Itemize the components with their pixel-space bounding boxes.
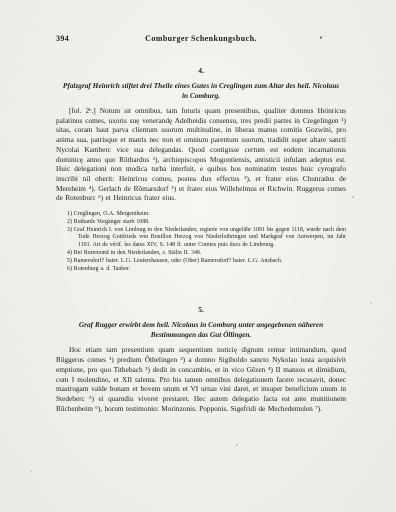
scan-speck — [30, 470, 32, 472]
scan-speck — [236, 444, 238, 446]
entry-5: 5. Graf Rugger erwirbt dem heil. Nicolau… — [56, 305, 346, 413]
entry-5-number: 5. — [56, 305, 346, 314]
book-page: 394 Comburger Schenkungsbuch. 4. Pfalzgr… — [0, 0, 396, 512]
running-title: Comburger Schenkungsbuch. — [56, 34, 346, 43]
footnote-2: 2) Ruthards Vorgänger starb 1088. — [56, 219, 346, 227]
scan-speck — [370, 302, 372, 304]
footnote-3: 3) Graf Heinrich I. von Limburg in den N… — [56, 227, 346, 250]
scan-speck — [352, 196, 354, 198]
page-number: 394 — [56, 34, 69, 43]
entry-5-title: Graf Rugger erwirbt dem heil. Nicolaus i… — [61, 320, 341, 340]
footnote-6: 6) Rotenburg a. d. Tauber. — [56, 266, 346, 274]
page-header: 394 Comburger Schenkungsbuch. — [56, 34, 346, 46]
footnote-5: 5) Ramersdorf? baier. L.G. Leutershausen… — [56, 258, 346, 266]
footnote-1: 1) Creglingen, O.A. Mergentheim. — [56, 211, 346, 219]
entry-5-body: Hoc etiam tam presentium quam sequentium… — [56, 345, 346, 413]
entry-4-title: Pfalzgraf Heinrich stiftet drei Theile e… — [61, 81, 341, 101]
entry-4-footnotes: 1) Creglingen, O.A. Mergentheim. 2) Ruth… — [56, 211, 346, 273]
footnote-4: 4) Bei Ruremond in den Niederlanden, s. … — [56, 250, 346, 258]
entry-4-number: 4. — [56, 66, 346, 75]
entry-4: 4. Pfalzgraf Heinrich stiftet drei Theil… — [56, 66, 346, 273]
entry-4-body: [fol. 2ᵇ.] Notum sit omnibus, tam futuri… — [56, 106, 346, 203]
